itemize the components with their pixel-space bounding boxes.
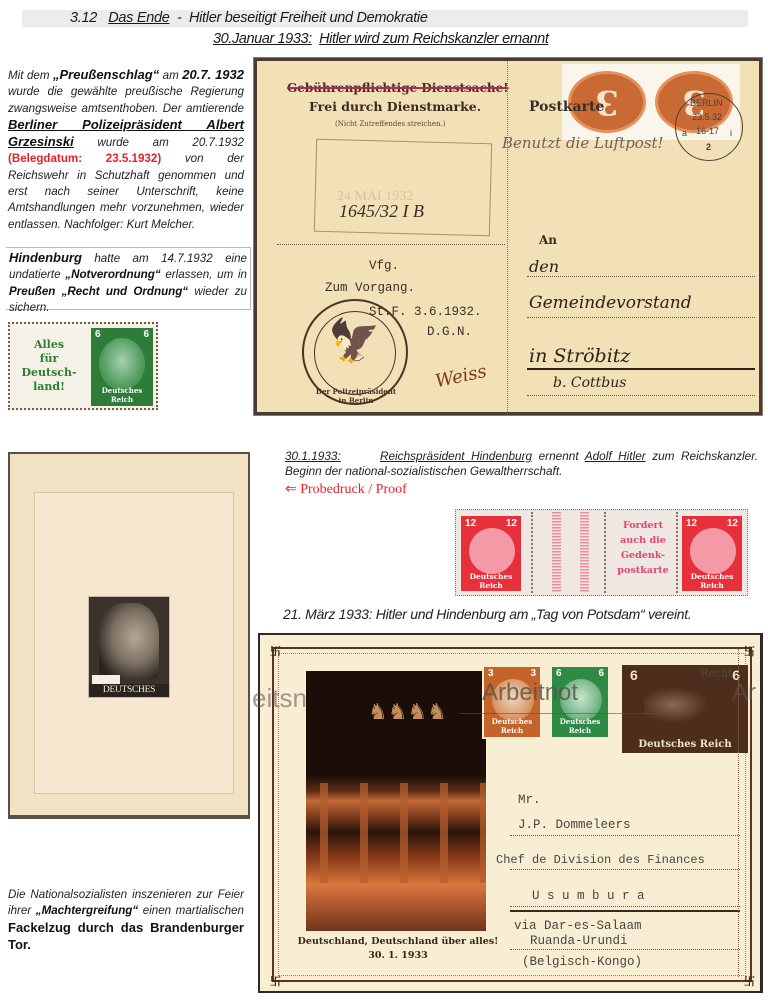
friedrich-portrait [690, 528, 736, 574]
date-heading: 30.Januar 1933: Hitler wird zum Reichska… [213, 31, 548, 47]
addr-line: Gemeindevorstand [529, 293, 692, 313]
proof-label: ⇐ Probedruck / Proof [285, 481, 407, 498]
swastika-icon: 卐 [744, 643, 755, 659]
friedrich-12pf-stamp: 12 12 Deutsches Reich [459, 514, 523, 593]
card-divider [738, 649, 739, 977]
hindenburg-portrait [99, 338, 145, 390]
divider [527, 276, 755, 277]
gutter-bars [552, 512, 561, 593]
machine-postmark-right: Ar [732, 679, 756, 707]
section-title-underlined: Das Ende [108, 10, 169, 26]
swastika-icon: 卐 [270, 643, 281, 659]
hitler-proof-stamp: DEUTSCHES REICH [88, 596, 170, 698]
address-line: J.P. Dommeleers [518, 818, 631, 832]
divider [510, 906, 740, 907]
brandenburg-gate-picture: ♞♞♞♞ [306, 671, 486, 931]
postcard-1932: Gebührenpflichtige Dienstsache! Frei dur… [254, 58, 762, 415]
typed-line: D.G.N. [427, 325, 472, 339]
quadriga-icon: ♞♞♞♞ [368, 699, 428, 733]
postmark-line [460, 713, 690, 714]
eagle-icon: 🦅 [328, 317, 380, 366]
value-blank [92, 675, 120, 684]
signature: Weiss [433, 361, 488, 392]
struck-header: Gebührenpflichtige Dienstsache! [287, 81, 509, 95]
address-line: (Belgisch-Kongo) [522, 955, 642, 969]
preussenschlag-paragraph: Mit dem „Preußenschlag“ am 20.7. 1932 wu… [8, 67, 244, 233]
berlin-postmark: BERLIN 23.5.32 a 16-17 i 2 [675, 93, 743, 161]
hitler-portrait [99, 603, 159, 679]
section-title: 3.12 Das Ende - Hitler beseitigt Freihei… [70, 10, 428, 26]
friedrich-portrait [469, 528, 515, 574]
gutter-bars [580, 512, 589, 593]
card-header: Frei durch Dienstmarke. [309, 99, 481, 114]
address-line: Ruanda-Urundi [530, 934, 628, 948]
addr-line: in Ströbitz [529, 345, 630, 367]
typed-line: Zum Vorgang. [325, 281, 415, 295]
address-line: Chef de Division des Finances [496, 853, 705, 867]
address-line: Mr. [518, 793, 541, 807]
friedrich-12pf-stamp: 12 12 Deutsches Reich [680, 514, 744, 593]
slogan-label: Alles für Deutsch- land! [14, 328, 84, 406]
stamp-country: DEUTSCHES REICH [89, 684, 169, 697]
registration-number: 1645/32 I B [339, 201, 424, 222]
belegdatum: (Belegdatum: 23.5.1932) [8, 152, 161, 165]
hitler-hindenburg-portraits [644, 677, 728, 733]
divider [510, 835, 740, 836]
perforation [676, 512, 678, 593]
card-divider [507, 61, 508, 414]
divider [527, 368, 755, 370]
card-note: (Nicht Zutreffendes streichen.) [335, 120, 445, 128]
divider [527, 317, 755, 318]
addr-line: b. Cottbus [553, 375, 626, 391]
an-label: An [539, 233, 557, 247]
police-seal: 🦅 Der Polizeipräsident in Berlin [302, 299, 408, 405]
luftpost-slogan: Benutzt die Luftpost! [502, 134, 664, 152]
swastika-icon: 卐 [270, 973, 281, 989]
friedrich-stamp-strip: 12 12 Deutsches Reich Fordert auch die G… [455, 509, 748, 596]
postmark-fragment: Recht [700, 667, 732, 680]
potsdam-caption: 21. März 1933: Hitler und Hindenburg am … [283, 606, 691, 622]
reichskanzler-paragraph: 30.1.1933: Reichspräsident Hindenburg er… [285, 449, 758, 479]
postkarte-label: Postkarte [529, 99, 604, 115]
divider [527, 395, 755, 396]
perforation [604, 512, 606, 593]
seal-text: Der Polizeipräsident in Berlin [312, 387, 400, 405]
hindenburg-6pf-stamp: 6 6 Deutsches Reich [89, 326, 155, 408]
divider [510, 910, 740, 912]
perforation [531, 512, 533, 593]
divider [510, 869, 740, 870]
notverordnung-paragraph: Hindenburg hatte am 14.7.1932 eine undat… [6, 247, 251, 310]
typed-line: Vfg. [369, 259, 399, 273]
address-line: via Dar-es-Salaam [514, 919, 642, 933]
gedenkpostkarte-label: Fordert auch die Gedenk- postkarte [616, 518, 670, 578]
green-stamp-pair: Alles für Deutsch- land! 6 6 Deutsches R… [8, 322, 158, 410]
picture-caption: Deutschland, Deutschland über alles! 30.… [288, 935, 508, 963]
addr-line: den [529, 257, 559, 276]
address-line: U s u m b u r a [532, 889, 645, 903]
swastika-icon: 卐 [744, 973, 755, 989]
divider [510, 949, 740, 950]
divider [277, 244, 505, 245]
machine-postmark-left: eitsn [252, 683, 307, 714]
fackelzug-paragraph: Die Nationalsozialisten inszenieren zur … [8, 887, 244, 954]
gate-columns [306, 783, 486, 883]
potsdam-postcard: 卐 卐 卐 卐 ♞♞♞♞ Deutschland, Deutschland üb… [258, 633, 763, 993]
machine-postmark: Arbeitnot [482, 679, 578, 707]
